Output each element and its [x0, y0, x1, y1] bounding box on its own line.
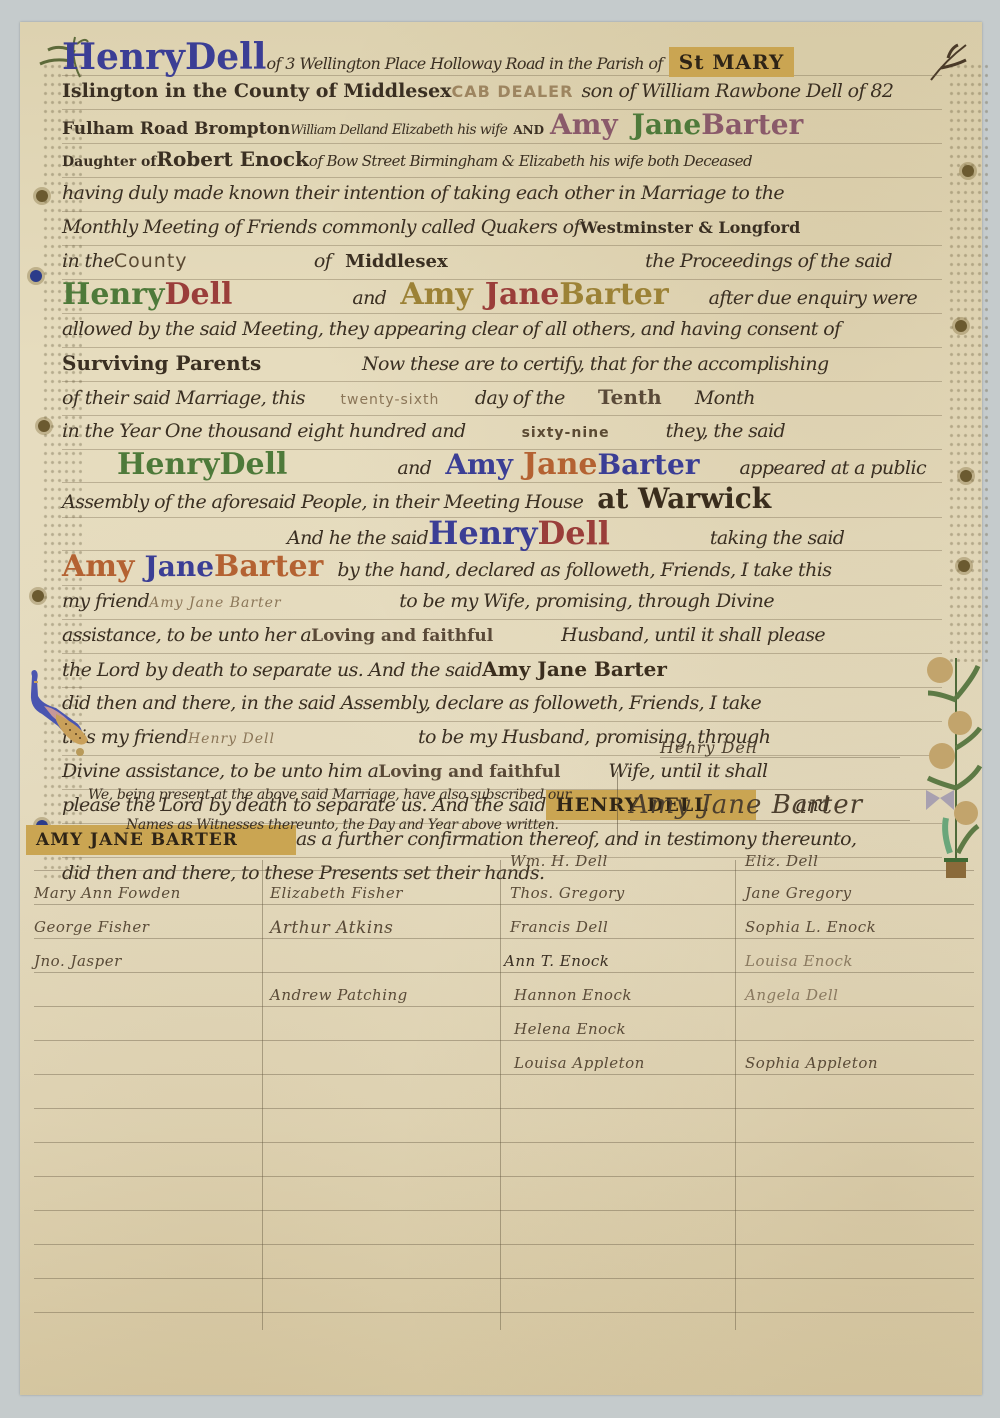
text-span: Fulham Road Brompton — [62, 114, 290, 144]
consent-field: Surviving Parents — [62, 348, 362, 378]
bride-middle-name-illuminated: Jane — [485, 280, 560, 310]
ruled-line — [34, 1176, 974, 1177]
witness-statement: We, being present at the above said Marr… — [88, 780, 571, 840]
meeting-house-location: at Warwick — [597, 484, 771, 514]
rose-ornament-icon — [960, 470, 972, 482]
bride-first-name-illuminated: Amy — [62, 552, 134, 582]
ruled-line — [34, 1006, 974, 1007]
witness-signature: Jane Gregory — [745, 884, 852, 902]
bride-middle-name-illuminated: Jane — [632, 110, 702, 140]
text-line: of their said Marriage, this twenty-sixt… — [62, 382, 942, 416]
groom-surname-illuminated: Dell — [219, 450, 287, 480]
groom-first-name-illuminated: Henry — [117, 450, 219, 480]
text-line: Surviving Parents Now these are to certi… — [62, 348, 942, 382]
text-span: of Bow Street Birmingham & Elizabeth his… — [309, 146, 752, 176]
ruled-line — [34, 1210, 974, 1211]
text-span: taking the said — [710, 523, 844, 553]
text-line: Daughter of Robert Enock of Bow Street B… — [62, 144, 942, 178]
bride-surname-illuminated: Barter — [559, 280, 668, 310]
text-span: day of the — [475, 383, 565, 413]
ruled-line — [34, 1278, 974, 1279]
text-line: And he the said Henry Dell taking the sa… — [62, 518, 942, 551]
text-line: Monthly Meeting of Friends commonly call… — [62, 212, 942, 246]
text-line: assistance, to be unto her a Loving and … — [62, 620, 942, 654]
witness-signature: Arthur Atkins — [270, 918, 393, 938]
rose-ornament-icon — [36, 190, 48, 202]
vow-field-husband: Loving and faithful — [311, 621, 561, 651]
text-line: the Lord by death to separate us. And th… — [62, 654, 942, 688]
text-span: they, the said — [666, 416, 785, 446]
witness-statement-line: We, being present at the above said Marr… — [88, 780, 571, 810]
witness-signature: George Fisher — [34, 918, 149, 936]
bride-name-field: Amy Jane Barter — [149, 588, 399, 618]
text-span: by the hand, declared as followeth, Frie… — [337, 555, 831, 585]
column-divider — [735, 860, 736, 1330]
ruled-line — [34, 1312, 974, 1313]
text-span: William Dell — [290, 116, 363, 146]
ruled-line — [34, 972, 974, 973]
bride-first-name-illuminated: Amy — [550, 110, 618, 140]
text-line: Henry Dell and Amy Jane Barter after due… — [62, 280, 942, 314]
text-span: and — [352, 283, 386, 313]
bride-surname-illuminated: Barter — [597, 450, 699, 480]
bride-surname-illuminated: Barter — [701, 110, 803, 140]
groom-first-name-illuminated: Henry — [428, 518, 537, 548]
text-span: Monthly Meeting of Friends commonly call… — [62, 212, 580, 242]
county-label: County — [114, 246, 314, 276]
year-field: sixty-nine — [466, 418, 666, 448]
witness-statement-line: Names as Witnesses thereunto, the Day an… — [88, 810, 571, 840]
text-line: having duly made known their intention o… — [62, 178, 942, 212]
ruled-line — [34, 1244, 974, 1245]
witness-signature: Andrew Patching — [270, 986, 408, 1004]
text-span: in the — [62, 246, 114, 276]
witness-signature: Louisa Enock — [745, 952, 853, 970]
month-field: Tenth — [565, 382, 695, 412]
text-line: did then and there, in the said Assembly… — [62, 688, 942, 722]
rose-ornament-icon — [30, 270, 42, 282]
text-span: AND — [513, 115, 544, 145]
text-line: Fulham Road Brompton William Dell and El… — [62, 110, 942, 144]
bride-surname-illuminated: Barter — [214, 552, 323, 582]
text-span: in the Year One thousand eight hundred a… — [62, 416, 466, 446]
witness-signature: Eliz. Dell — [745, 852, 818, 870]
potted-flower-illustration-icon — [918, 638, 988, 878]
witness-signature: Wm. H. Dell — [510, 852, 608, 870]
witness-signature: Sophia L. Enock — [745, 918, 876, 936]
text-line: Islington in the County of Middlesex CAB… — [62, 76, 942, 110]
ruled-line — [34, 870, 974, 871]
text-span: Wife, until it shall — [608, 756, 767, 786]
text-line: Assembly of the aforesaid People, in the… — [62, 484, 942, 518]
witness-signature: Hannon Enock — [514, 986, 632, 1004]
witness-signature: Thos. Gregory — [510, 884, 625, 902]
text-line: Henry Dell of 3 Wellington Place Hollowa… — [62, 42, 942, 76]
text-line: Henry Dell and Amy Jane Barter appeared … — [62, 450, 942, 483]
text-span: to be my Wife, promising, through Divine — [399, 586, 774, 616]
witness-signature: Louisa Appleton — [514, 1054, 645, 1072]
text-span: did then and there, in the said Assembly… — [62, 688, 761, 718]
text-span: Islington in the County of Middlesex — [62, 76, 452, 106]
text-span: the Proceedings of the said — [645, 246, 892, 276]
text-span: the Lord by death to separate us. And th… — [62, 655, 482, 685]
text-span: allowed by the said Meeting, they appear… — [62, 314, 841, 344]
text-line: my friend Amy Jane Barter to be my Wife,… — [62, 586, 942, 620]
column-divider — [500, 860, 501, 1330]
text-span: assistance, to be unto her a — [62, 620, 311, 650]
text-line: Amy Jane Barter by the hand, declared as… — [62, 552, 942, 586]
bride-middle-name-illuminated: Jane — [523, 450, 598, 480]
text-span: of 3 Wellington Place Holloway Road in t… — [266, 49, 662, 79]
text-span: of their said Marriage, this — [62, 383, 305, 413]
rose-ornament-icon — [32, 590, 44, 602]
witness-signature: Sophia Appleton — [745, 1054, 878, 1072]
text-span: Daughter of — [62, 147, 156, 177]
groom-first-name-illuminated: Henry — [62, 280, 164, 310]
witness-signature: Elizabeth Fisher — [270, 884, 403, 902]
rose-ornament-icon — [955, 320, 967, 332]
text-span: Now these are to certify, that for the a… — [362, 349, 829, 379]
groom-name-field: Henry Dell — [188, 724, 418, 754]
occupation-field: CAB DEALER — [452, 77, 574, 107]
groom-surname-illuminated: Dell — [185, 42, 266, 72]
signature-divider — [617, 772, 618, 840]
monthly-meeting-field: Westminster & Longford — [580, 213, 800, 243]
bride-father-name: Robert Enock — [156, 144, 309, 174]
text-span: appeared at a public — [740, 453, 926, 483]
witness-signature: Jno. Jasper — [34, 952, 122, 970]
ruled-line — [34, 904, 974, 905]
text-line: allowed by the said Meeting, they appear… — [62, 314, 942, 348]
text-span: of — [314, 246, 331, 276]
text-line: in the County of Middlesex the Proceedin… — [62, 246, 942, 280]
groom-surname-illuminated: Dell — [164, 280, 232, 310]
text-span: my friend — [62, 586, 149, 616]
groom-first-name-illuminated: Henry — [62, 42, 185, 72]
witness-signature: Ann T. Enock — [504, 952, 609, 970]
rose-ornament-icon — [962, 165, 974, 177]
peacock-illustration-icon — [22, 668, 102, 758]
groom-surname-illuminated: Dell — [537, 518, 609, 548]
text-span: and — [397, 453, 431, 483]
rose-ornament-icon — [38, 420, 50, 432]
text-span: Husband, until it shall please — [561, 620, 825, 650]
ruled-line — [34, 1142, 974, 1143]
text-span: and Elizabeth his wife — [363, 115, 507, 145]
text-span: Assembly of the aforesaid People, in the… — [62, 487, 583, 517]
bride-middle-name-illuminated: Jane — [144, 552, 214, 582]
bride-first-name-illuminated: Amy — [445, 450, 513, 480]
floral-border-right — [948, 62, 988, 662]
groom-signature: Henry Dell — [660, 738, 900, 758]
witness-signature-table: Mary Ann Fowden George Fisher Jno. Jaspe… — [20, 838, 982, 1338]
parish-gold-cartouche: St MARY — [669, 47, 795, 77]
witness-signature: Angela Dell — [745, 986, 838, 1004]
bride-signature: Amy Jane Barter — [630, 790, 910, 821]
text-span: son of William Rawbone Dell of 82 — [581, 76, 893, 106]
ruled-line — [34, 1040, 974, 1041]
rose-ornament-icon — [958, 560, 970, 572]
witness-signature: Francis Dell — [510, 918, 608, 936]
text-line: in the Year One thousand eight hundred a… — [62, 416, 942, 450]
county-field: Middlesex — [345, 247, 645, 277]
text-span: after due enquiry were — [709, 283, 918, 313]
text-span: having duly made known their intention o… — [62, 178, 784, 208]
witness-signature: Helena Enock — [514, 1020, 626, 1038]
bride-first-name-illuminated: Amy — [400, 280, 472, 310]
column-divider — [262, 860, 263, 1330]
ruled-line — [34, 1074, 974, 1075]
text-span: Month — [695, 383, 755, 413]
day-field: twenty-sixth — [305, 385, 475, 415]
ruled-line — [34, 1108, 974, 1109]
bride-name-field: Amy Jane Barter — [482, 654, 667, 684]
witness-signature: Mary Ann Fowden — [34, 884, 181, 902]
ruled-line — [34, 938, 974, 939]
